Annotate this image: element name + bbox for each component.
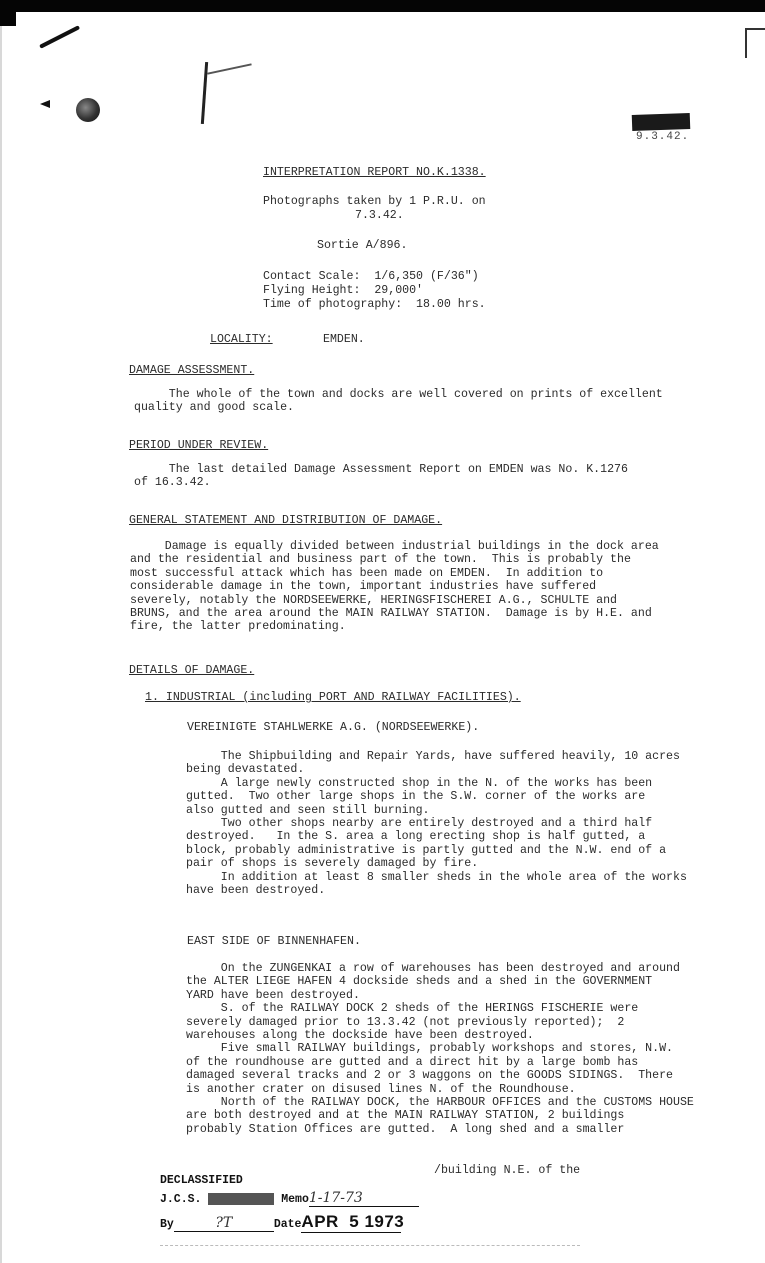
section-heading-general-statement: GENERAL STATEMENT AND DISTRIBUTION OF DA… xyxy=(129,514,442,527)
text-line: severely damaged prior to 13.3.42 (not p… xyxy=(186,1016,694,1029)
corner-stamp-mark xyxy=(745,28,765,58)
subheading-east-side-binnenhafen: EAST SIDE OF BINNENHAFEN. xyxy=(187,935,361,948)
declassified-label: DECLASSIFIED xyxy=(160,1174,243,1187)
by-label: By xyxy=(160,1218,174,1231)
pen-stroke-mark xyxy=(39,25,80,49)
text-line: most successful attack which has been ma… xyxy=(130,567,659,580)
by-field: ?T xyxy=(174,1215,274,1232)
contact-scale: Contact Scale: 1/6,350 (F/36") xyxy=(263,270,479,283)
text-line: The whole of the town and docks are well… xyxy=(134,388,663,401)
text-line: A large newly constructed shop in the N.… xyxy=(186,777,687,790)
redacted-stamp xyxy=(632,113,691,131)
text-line: quality and good scale. xyxy=(134,401,663,414)
date-value: APR 5 1973 xyxy=(301,1212,404,1231)
time-of-photography: Time of photography: 18.00 hrs. xyxy=(263,298,486,311)
flying-height: Flying Height: 29,000' xyxy=(263,284,423,297)
text-line: of 16.3.42. xyxy=(134,476,628,489)
scan-bottom-rule xyxy=(160,1245,580,1247)
text-line: have been destroyed. xyxy=(186,884,687,897)
handwritten-annotation xyxy=(195,60,265,130)
text-line: S. of the RAILWAY DOCK 2 sheds of the HE… xyxy=(186,1002,694,1015)
subheading-vereinigte-stahlwerke: VEREINIGTE STAHLWERKE A.G. (NORDSEEWERKE… xyxy=(187,721,479,734)
text-line: fire, the latter predominating. xyxy=(130,620,659,633)
text-line: considerable damage in the town, importa… xyxy=(130,580,659,593)
text-line: In addition at least 8 smaller sheds in … xyxy=(186,871,687,884)
photo-line-1: Photographs taken by 1 P.R.U. on xyxy=(263,195,486,208)
locality-label: LOCALITY: xyxy=(210,333,273,346)
text-line: The Shipbuilding and Repair Yards, have … xyxy=(186,750,687,763)
text-line: North of the RAILWAY DOCK, the HARBOUR O… xyxy=(186,1096,694,1109)
section-heading-details-of-damage: DETAILS OF DAMAGE. xyxy=(129,664,254,677)
text-line: Five small RAILWAY buildings, probably w… xyxy=(186,1042,694,1055)
handwritten-stroke xyxy=(207,63,251,74)
text-line: block, probably administrative is partly… xyxy=(186,844,687,857)
paragraph-vereinigte-stahlwerke: The Shipbuilding and Repair Yards, have … xyxy=(186,750,687,897)
date-label: Date xyxy=(274,1218,302,1231)
scan-left-edge xyxy=(0,26,2,1263)
text-line: Two other shops nearby are entirely dest… xyxy=(186,817,687,830)
section-heading-damage-assessment: DAMAGE ASSESSMENT. xyxy=(129,364,254,377)
report-title: INTERPRETATION REPORT NO.K.1338. xyxy=(263,166,486,179)
text-line: the ALTER LIEGE HAFEN 4 dockside sheds a… xyxy=(186,975,694,988)
text-line: and the residential and business part of… xyxy=(130,553,659,566)
text-line: On the ZUNGENKAI a row of warehouses has… xyxy=(186,962,694,975)
by-value: ?T xyxy=(215,1215,232,1231)
paragraph-damage-assessment: The whole of the town and docks are well… xyxy=(134,388,663,415)
text-line: severely, notably the NORDSEEWERKE, HERI… xyxy=(130,594,659,607)
text-line: BRUNS, and the area around the MAIN RAIL… xyxy=(130,607,659,620)
text-line: also gutted and seen still burning. xyxy=(186,804,687,817)
text-line: gutted. Two other large shops in the S.W… xyxy=(186,790,687,803)
handwritten-stroke xyxy=(201,62,208,124)
stamp-date: 9.3.42. xyxy=(636,131,689,143)
section-heading-period-under-review: PERIOD UNDER REVIEW. xyxy=(129,439,268,452)
redacted-block xyxy=(208,1193,274,1205)
photo-date: 7.3.42. xyxy=(355,209,404,222)
scan-corner-edge xyxy=(0,12,16,26)
text-line: Damage is equally divided between indust… xyxy=(130,540,659,553)
hole-punch-icon xyxy=(76,98,100,122)
jcs-label: J.C.S. xyxy=(160,1193,201,1206)
text-line: of the roundhouse are gutted and a direc… xyxy=(186,1056,694,1069)
text-line: destroyed. In the S. area a long erectin… xyxy=(186,830,687,843)
declassified-by-line: By?TDateAPR 5 1973 xyxy=(160,1212,401,1233)
text-line: is another crater on disused lines N. of… xyxy=(186,1083,694,1096)
text-line: pair of shops is severely damaged by fir… xyxy=(186,857,687,870)
memo-field: 1-17-73 xyxy=(309,1190,419,1207)
subheading-industrial: 1. INDUSTRIAL (including PORT AND RAILWA… xyxy=(145,691,521,704)
sortie: Sortie A/896. xyxy=(317,239,407,252)
text-line: warehouses along the dockside have been … xyxy=(186,1029,694,1042)
paragraph-general-statement: Damage is equally divided between indust… xyxy=(130,540,659,634)
text-line: damaged several tracks and 2 or 3 waggon… xyxy=(186,1069,694,1082)
memo-label: Memo xyxy=(281,1193,309,1206)
margin-arrow-icon xyxy=(40,100,50,108)
declassified-jcs-line: J.C.S. Memo1-17-73 xyxy=(160,1190,419,1207)
continuation-catchword: /building N.E. of the xyxy=(434,1164,580,1177)
text-line: YARD have been destroyed. xyxy=(186,989,694,1002)
date-field: APR 5 1973 xyxy=(301,1212,401,1233)
text-line: The last detailed Damage Assessment Repo… xyxy=(134,463,628,476)
scan-top-border xyxy=(0,0,765,12)
text-line: probably Station Offices are gutted. A l… xyxy=(186,1123,694,1136)
paragraph-period-under-review: The last detailed Damage Assessment Repo… xyxy=(134,463,628,490)
text-line: are both destroyed and at the MAIN RAILW… xyxy=(186,1109,694,1122)
paragraph-east-side-binnenhafen: On the ZUNGENKAI a row of warehouses has… xyxy=(186,962,694,1136)
memo-value: 1-17-73 xyxy=(309,1190,363,1206)
text-line: being devastated. xyxy=(186,763,687,776)
locality-value: EMDEN. xyxy=(323,333,365,346)
